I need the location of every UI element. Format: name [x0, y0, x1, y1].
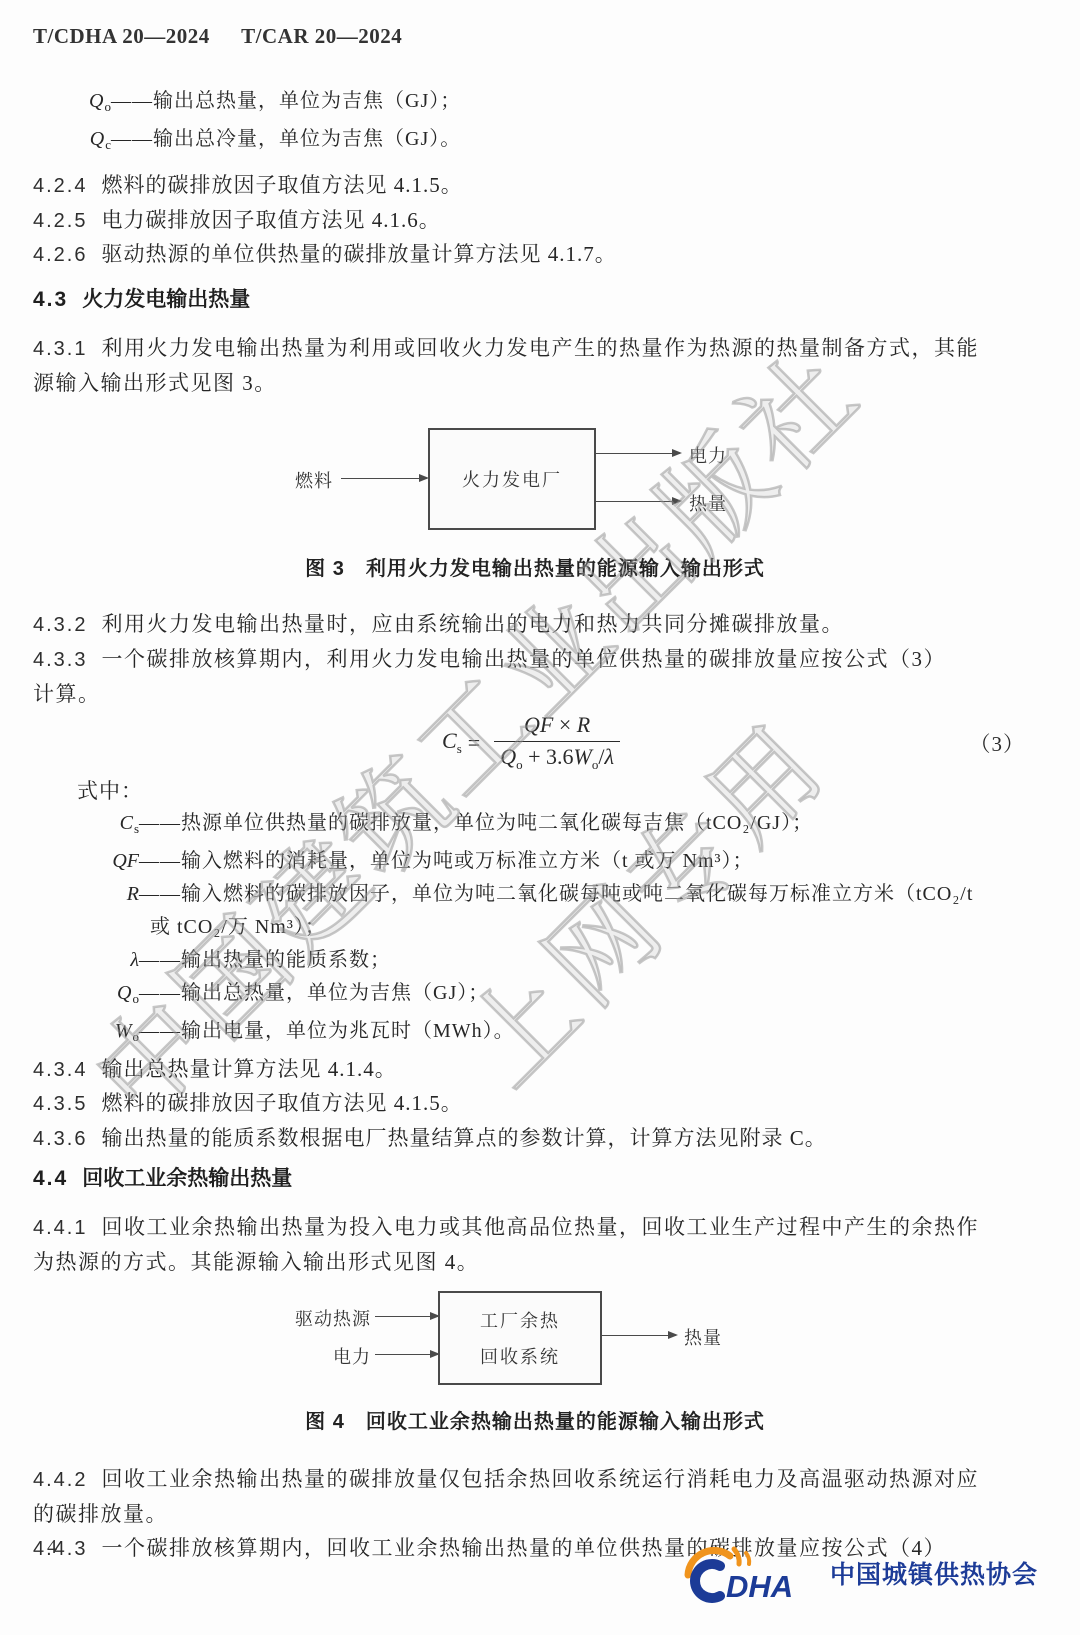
- symbol-description: ——输入燃料的消耗量，单位为吨或万标准立方米（t 或万 Nm³）；: [139, 845, 1037, 878]
- clause-4-3-5: 4.3.5燃料的碳排放因子取值方法见 4.1.5。: [33, 1087, 1037, 1122]
- clause-text: 驱动热源的单位供热量的碳排放量计算方法见 4.1.7。: [101, 242, 616, 266]
- clause-text: 电力碳排放因子取值方法见 4.1.6。: [101, 208, 440, 232]
- clause-text: 一个碳排放核算期内，利用火力发电输出热量的单位供热量的碳排放量应按公式（3）: [101, 647, 946, 671]
- clause-4-3-2: 4.3.2利用火力发电输出热量时，应由系统输出的电力和热力共同分摊碳排放量。: [33, 607, 1037, 642]
- clause-number: 4.4.1: [33, 1217, 87, 1239]
- box-label-line1: 工厂余热: [480, 1307, 560, 1333]
- page-number: 4: [47, 1536, 57, 1559]
- symbol-term: λ: [77, 944, 139, 977]
- clause-number: 4.3.4: [33, 1059, 87, 1081]
- svg-text:DHA: DHA: [726, 1569, 793, 1603]
- clause-text: 燃料的碳排放因子取值方法见 4.1.5。: [101, 1091, 462, 1115]
- clause-line: 4.4.1回收工业余热输出热量为投入电力或其他高品位热量，回收工业生产过程中产生…: [33, 1210, 1037, 1245]
- driving-heat-input-label: 驱动热源: [295, 1305, 371, 1331]
- flow-arrow-icon: [594, 501, 680, 502]
- symbol-definition-row: Qc ——输出总冷量，单位为吉焦（GJ）。: [33, 123, 1037, 161]
- figure-number: 图 4: [305, 1411, 345, 1433]
- clause-4-3-6: 4.3.6输出热量的能质系数根据电厂热量结算点的参数计算，计算方法见附录 C。: [33, 1122, 1037, 1157]
- clause-4-3-3: 4.3.3一个碳排放核算期内，利用火力发电输出热量的单位供热量的碳排放量应按公式…: [33, 642, 1037, 711]
- symbol-description: ——输出总热量，单位为吉焦（GJ）；: [139, 977, 1037, 1015]
- section-heading-4-3: 4.3火力发电输出热量: [33, 287, 1037, 313]
- waste-heat-recovery-box: 工厂余热 回收系统: [438, 1291, 602, 1385]
- cdha-logo: DHA 中国城镇供热协会: [674, 1543, 1038, 1603]
- electricity-output-label: 电力: [689, 442, 727, 468]
- numerator: QF × R: [494, 712, 620, 742]
- fraction: QF × R Qo + 3.6Wo/λ: [494, 712, 620, 773]
- symbol-term: Qc: [77, 123, 111, 161]
- fuel-input-label: 燃料: [295, 467, 333, 493]
- symbol-term: Qo: [77, 977, 139, 1015]
- figure-4-diagram: 驱动热源 电力 工厂余热 回收系统 热量: [33, 1289, 1037, 1389]
- figure-3-diagram: 燃料 火力发电厂 电力 热量: [33, 416, 1037, 534]
- symbol-description: ——输出热量的能质系数；: [139, 944, 1037, 977]
- symbol-definition-row: Qo ——输出总热量，单位为吉焦（GJ）；: [33, 977, 1037, 1015]
- symbol-term: Qo: [77, 85, 111, 123]
- clause-4-2-5: 4.2.5电力碳排放因子取值方法见 4.1.6。: [33, 204, 1037, 239]
- clause-line: 4.3.3一个碳排放核算期内，利用火力发电输出热量的单位供热量的碳排放量应按公式…: [33, 642, 1037, 677]
- clauses-4-2: 4.2.4燃料的碳排放因子取值方法见 4.1.5。 4.2.5电力碳排放因子取值…: [33, 169, 1037, 273]
- document-page: 中国建筑工业出版社 上网专用 T/CDHA 20—2024 T/CAR 20—2…: [0, 0, 1080, 1635]
- section-heading-4-4: 4.4回收工业余热输出热量: [33, 1166, 1037, 1192]
- clause-number: 4.2.4: [33, 175, 87, 197]
- heat-output-label: 热量: [684, 1324, 722, 1350]
- symbol-definition-row: Wo ——输出电量，单位为兆瓦时（MWh）。: [33, 1015, 1037, 1053]
- formula-lhs: Cs: [442, 728, 462, 757]
- flow-arrow-icon: [375, 1354, 438, 1355]
- where-label: 式中：: [33, 775, 1037, 807]
- clause-4-2-4: 4.2.4燃料的碳排放因子取值方法见 4.1.5。: [33, 169, 1037, 204]
- clause-number: 4.3.6: [33, 1128, 87, 1150]
- section-title: 火力发电输出热量: [82, 288, 250, 311]
- symbol-definition-row: Qo ——输出总热量，单位为吉焦（GJ）；: [33, 85, 1037, 123]
- cdha-logo-mark-icon: DHA: [674, 1543, 824, 1603]
- symbol-term: Wo: [77, 1015, 139, 1053]
- clause-number: 4.3.2: [33, 614, 87, 636]
- clause-text: 利用火力发电输出热量时，应由系统输出的电力和热力共同分摊碳排放量。: [101, 612, 844, 636]
- symbol-definition-row: R ——输入燃料的碳排放因子，单位为吨二氧化碳每吨或吨二氧化碳每万标准立方米（t…: [33, 878, 1037, 944]
- org-name: 中国城镇供热协会: [830, 1555, 1038, 1591]
- flow-arrow-icon: [375, 1316, 438, 1317]
- figure-title: 利用火力发电输出热量的能源输入输出形式: [366, 558, 765, 580]
- clause-line: 4.3.1利用火力发电输出热量为利用或回收火力发电产生的热量作为热源的热量制备方…: [33, 331, 1037, 366]
- flow-arrow-icon: [594, 453, 680, 454]
- clause-number: 4.3.5: [33, 1093, 87, 1115]
- symbol-description: ——输入燃料的碳排放因子，单位为吨二氧化碳每吨或吨二氧化碳每万标准立方米（tCO…: [139, 878, 1037, 944]
- figure-number: 图 3: [305, 558, 345, 580]
- symbol-term: R: [77, 878, 139, 944]
- clause-4-3-4: 4.3.4输出总热量计算方法见 4.1.4。: [33, 1053, 1037, 1088]
- figure-4-caption: 图 4 回收工业余热输出热量的能源输入输出形式: [33, 1405, 1037, 1434]
- symbol-term: Cs: [77, 807, 139, 845]
- clause-4-4-2: 4.4.2回收工业余热输出热量的碳排放量仅包括余热回收系统运行消耗电力及高温驱动…: [33, 1462, 1037, 1531]
- equals-sign: =: [468, 730, 480, 756]
- symbol-definitions-formula: Cs ——热源单位供热量的碳排放量，单位为吨二氧化碳每吉焦（tCO₂/GJ）； …: [33, 807, 1037, 1053]
- section-number: 4.4: [33, 1167, 68, 1190]
- clause-number: 4.2.5: [33, 210, 87, 232]
- figure-3-caption: 图 3 利用火力发电输出热量的能源输入输出形式: [33, 552, 1037, 581]
- electricity-input-label: 电力: [333, 1343, 371, 1369]
- clause-line: 计算。: [33, 677, 1037, 711]
- denominator: Qo + 3.6Wo/λ: [494, 742, 620, 773]
- power-plant-label: 火力发电厂: [462, 466, 562, 492]
- standard-number-right: T/CAR 20—2024: [241, 24, 402, 48]
- figure-title: 回收工业余热输出热量的能源输入输出形式: [366, 1411, 765, 1433]
- clauses-4-3: 4.3.4输出总热量计算方法见 4.1.4。 4.3.5燃料的碳排放因子取值方法…: [33, 1053, 1037, 1157]
- symbol-description: ——输出电量，单位为兆瓦时（MWh）。: [139, 1015, 1037, 1053]
- box-label-line2: 回收系统: [480, 1343, 560, 1369]
- clause-4-3-1: 4.3.1利用火力发电输出热量为利用或回收火力发电产生的热量作为热源的热量制备方…: [33, 331, 1037, 400]
- section-number: 4.3: [33, 288, 68, 311]
- symbol-definitions-top: Qo ——输出总热量，单位为吉焦（GJ）； Qc ——输出总冷量，单位为吉焦（G…: [33, 85, 1037, 161]
- symbol-definition-row: Cs ——热源单位供热量的碳排放量，单位为吨二氧化碳每吉焦（tCO₂/GJ）；: [33, 807, 1037, 845]
- clause-text: 输出热量的能质系数根据电厂热量结算点的参数计算，计算方法见附录 C。: [101, 1126, 826, 1150]
- symbol-description: ——输出总热量，单位为吉焦（GJ）；: [111, 85, 1037, 123]
- clause-number: 4.3.3: [33, 649, 87, 671]
- formula-number: （3）: [970, 728, 1026, 758]
- clause-4-2-6: 4.2.6驱动热源的单位供热量的碳排放量计算方法见 4.1.7。: [33, 238, 1037, 273]
- standard-number-left: T/CDHA 20—2024: [33, 24, 210, 48]
- clause-number: 4.4.3: [33, 1538, 87, 1560]
- page-content: T/CDHA 20—2024 T/CAR 20—2024 Qo ——输出总热量，…: [33, 24, 1037, 1566]
- clause-line: 为热源的方式。其能源输入输出形式见图 4。: [33, 1245, 1037, 1279]
- header-standard-numbers: T/CDHA 20—2024 T/CAR 20—2024: [33, 24, 1037, 49]
- clause-line: 源输入输出形式见图 3。: [33, 366, 1037, 400]
- clause-number: 4.3.1: [33, 338, 87, 360]
- formula-3: Cs = QF × R Qo + 3.6Wo/λ （3）: [33, 711, 1037, 775]
- clause-text: 输出总热量计算方法见 4.1.4。: [101, 1057, 396, 1081]
- clause-number: 4.4.2: [33, 1469, 87, 1491]
- symbol-definition-row: QF ——输入燃料的消耗量，单位为吨或万标准立方米（t 或万 Nm³）；: [33, 845, 1037, 878]
- symbol-description-continued: 或 tCO₂/万 Nm³）；: [150, 911, 1037, 944]
- symbol-definition-row: λ ——输出热量的能质系数；: [33, 944, 1037, 977]
- symbol-description: ——输出总冷量，单位为吉焦（GJ）。: [111, 123, 1037, 161]
- clause-text: 回收工业余热输出热量的碳排放量仅包括余热回收系统运行消耗电力及高温驱动热源对应: [101, 1467, 979, 1491]
- clause-line: 的碳排放量。: [33, 1497, 1037, 1531]
- symbol-description: ——热源单位供热量的碳排放量，单位为吨二氧化碳每吉焦（tCO₂/GJ）；: [139, 807, 1037, 845]
- section-title: 回收工业余热输出热量: [82, 1167, 292, 1190]
- clause-text: 利用火力发电输出热量为利用或回收火力发电产生的热量作为热源的热量制备方式，其能: [101, 336, 979, 360]
- clause-line: 4.4.2回收工业余热输出热量的碳排放量仅包括余热回收系统运行消耗电力及高温驱动…: [33, 1462, 1037, 1497]
- clause-number: 4.2.6: [33, 244, 87, 266]
- power-plant-box: 火力发电厂: [428, 428, 596, 530]
- clause-4-4-1: 4.4.1回收工业余热输出热量为投入电力或其他高品位热量，回收工业生产过程中产生…: [33, 1210, 1037, 1279]
- symbol-term: QF: [77, 845, 139, 878]
- heat-output-label: 热量: [689, 490, 727, 516]
- clause-text: 燃料的碳排放因子取值方法见 4.1.5。: [101, 173, 462, 197]
- clause-text: 回收工业余热输出热量为投入电力或其他高品位热量，回收工业生产过程中产生的余热作: [101, 1215, 979, 1239]
- flow-arrow-icon: [341, 478, 427, 479]
- flow-arrow-icon: [600, 1335, 676, 1336]
